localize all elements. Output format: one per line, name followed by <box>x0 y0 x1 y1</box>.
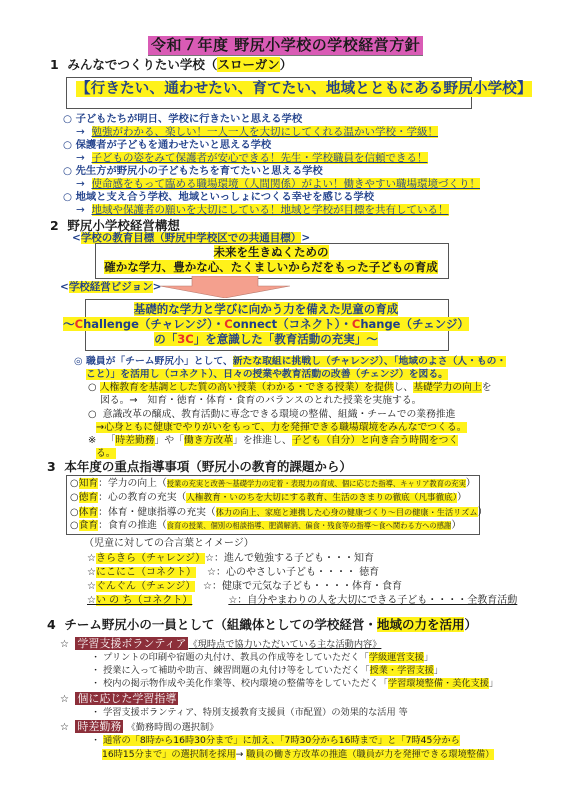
heading-text: チーム野尻小の一員として（組織体としての学校経営・ <box>64 617 377 632</box>
section3-heading: 3 本年度の重点指導事項（野尻小の教育的課題から） <box>47 459 352 475</box>
para-highlight: 人権教育を基調とした質の高い授業（わかる・できる授業）を提供 <box>100 382 394 393</box>
keyword-row-3: ☆ぐんぐん（チェンジ） <box>87 580 195 594</box>
focus-detail: 授業の充実と改善～基礎学力の定着・表現力の育成、個に応じた指導、キャリア教育の充… <box>167 479 466 488</box>
circle-bullet-icon: ○ <box>63 191 72 203</box>
dot-bullet-icon: ・ <box>91 665 100 676</box>
vision-line-3: の「3C」を意識した「教育活動の充実」～ <box>0 332 532 347</box>
keyword-row-2: ☆にこにこ（コネクト） <box>87 566 196 580</box>
circle-bullet-icon: ○ <box>63 165 72 177</box>
change-word: hange（チェンジ） <box>360 317 469 331</box>
circle-bullet-icon: ○ <box>63 113 72 125</box>
focus-area: 体育 <box>79 507 99 518</box>
group-note: 《勤務時間の選択制》 <box>127 722 219 733</box>
paren: ） <box>466 478 476 489</box>
heading-text-end: ） <box>464 617 477 632</box>
item-label: 先生方が野尻小の子どもたちを育てたいと思える学校 <box>76 165 323 177</box>
para-text: 職員が「チーム野尻小」として、 <box>86 356 233 367</box>
focus-title: ：体育・健康指導の充実 <box>98 507 206 518</box>
section4-heading: 4 チーム野尻小の一員として（組織体としての学校経営・地域の力を活用） <box>47 617 477 633</box>
heading-text: 本年度の重点指導事項（野尻小の教育的課題から） <box>64 459 352 474</box>
tag-label: 個に応じた学習指導 <box>75 692 178 705</box>
slogan: 【行きたい、通わせたい、育てたい、地域とともにある野尻小学校】 <box>76 80 532 98</box>
staggered-text: 通常の「8時から16時30分まで」に加え、「7時30分から16時まで」と「7時4… <box>103 735 460 746</box>
item-detail: 勉強がわかる、楽しい！一人一人を大切にしてくれる温かい学校・学級！ <box>92 126 439 138</box>
bullet-highlight: 学習環境整備・美化支援 <box>388 678 489 689</box>
keyword-desc-1: ☆：進んで勉強する子ども・・・知育 <box>205 552 374 566</box>
star-icon: ☆ <box>60 694 69 705</box>
volunteer-bullet-1: ・ プリントの印刷や宿題の丸付け、教具の作成等をしていただく「学級運営支援」 <box>91 651 433 664</box>
goal-line-1: 未来を生きぬくための <box>0 245 542 259</box>
keyword-desc-2: ☆：心のやさしい子ども・・・・ 徳育 <box>207 566 379 580</box>
para-2-line-1: ○ 人権教育を基調とした質の高い授業（わかる・できる授業）を提供し、基礎学力の向… <box>88 381 492 395</box>
paren: （ <box>157 520 167 531</box>
page-title: 令和７年度 野尻小学校の学校経営方針 <box>148 36 423 56</box>
star-icon: ☆ <box>87 581 96 592</box>
star-icon: ☆ <box>87 553 96 564</box>
vision-label: <学校経営ビジョン> <box>60 281 161 294</box>
goal-text: 確かな学力、豊かな心、たくましいからだをもった子どもの育成 <box>104 260 438 274</box>
item-detail: 地域や保護者の願いを大切にしている！地域と学校が目標を共有している！ <box>92 204 449 216</box>
para-text: 図る。→ 知育・徳育・体育・食育のバランスのとれた授業を実施する。 <box>100 395 421 406</box>
circle-bullet-icon: ○ <box>70 507 79 518</box>
bullet-end: 」 <box>434 665 443 676</box>
para-3-line-2: →心身ともに健康でやりがいをもって、力を発揮できる職場環境をみんなでつくる。 <box>96 421 467 435</box>
paren: ） <box>451 520 461 531</box>
focus-row-intellect: ○知育：学力の向上（授業の充実と改善～基礎学力の定着・表現力の育成、個に応じた指… <box>70 477 476 491</box>
s1-item-1-label: ○ 子どもたちが明日、学校に行きたいと思える学校 <box>63 113 302 126</box>
para-2-line-2: 図る。→ 知育・徳育・体育・食育のバランスのとれた授業を実施する。 <box>100 394 421 408</box>
s1-item-1-detail: → 勉強がわかる、楽しい！一人一人を大切にしてくれる温かい学校・学級！ <box>76 126 438 139</box>
item-detail: 使命感をもって臨める職場環境（人間関係）がよい！働きやすい職場環境づくり！ <box>92 178 481 190</box>
para-text: 」や「 <box>155 435 184 446</box>
vision-text: 」を意識した「教育活動の充実」～ <box>194 332 378 346</box>
goal-text: 未来を生きぬくための <box>214 245 329 259</box>
goal-line-2: 確かな学力、豊かな心、たくましいからだをもった子どもの育成 <box>0 260 542 274</box>
heading-text: みんなでつくりたい学校（ <box>67 57 217 72</box>
item-label: 地域と支え合う学校、地域といっしょにつくる幸せを感じる学校 <box>76 191 374 203</box>
para-highlight: 働き方改革 <box>184 435 233 446</box>
item-label: 子どもたちが明日、学校に行きたいと思える学校 <box>76 113 303 125</box>
star-icon: ☆ <box>87 595 96 606</box>
group-volunteer-heading: ☆ 学習支援ボランティア《現時点で協力いただいている主な活動内容》 <box>60 637 381 652</box>
keyword: にこにこ（コネクト） <box>96 567 196 578</box>
group-note: 《現時点で協力いただいている主な活動内容》 <box>188 639 381 650</box>
vision-label-text: 学校経営ビジョン <box>69 281 153 293</box>
staggered-line-1: ・ 通常の「8時から16時30分まで」に加え、「7時30分から16時まで」と「7… <box>91 734 460 747</box>
para-highlight: こと）」を活用し（コネクト）、日々の <box>86 369 253 380</box>
paren: （ <box>206 507 216 518</box>
bullet-text: プリントの印刷や宿題の丸付け、教具の作成等をしていただく「 <box>103 652 369 663</box>
tag-label: 学習支援ボランティア <box>75 637 188 650</box>
focus-area: 食育 <box>79 520 99 531</box>
s1-item-3-label: ○ 先生方が野尻小の子どもたちを育てたいと思える学校 <box>63 165 323 178</box>
keyword-row-4: ☆い の ち（コネクト）☆：自分やまわりの人を大切にできる子ども・・・・全教育活… <box>87 594 517 608</box>
vision-line-1: 基礎的な学力と学びに向かう力を備えた児童の育成 <box>0 302 532 317</box>
bullet-highlight: 学級運営支援 <box>369 652 424 663</box>
heading-highlight: スローガン <box>217 57 279 72</box>
focus-title: ：心の教育の充実 <box>98 492 176 503</box>
keyword-desc: ☆：自分やまわりの人を大切にできる子ども・・・・全教育活動 <box>228 595 517 606</box>
section-number: 1 <box>50 57 59 72</box>
star-icon: ☆ <box>60 639 69 650</box>
section-number: 4 <box>47 617 56 632</box>
section1-heading: 1 みんなでつくりたい学校（スローガン） <box>50 57 292 73</box>
paren: （ <box>177 492 187 503</box>
star-icon: ☆ <box>87 567 96 578</box>
bullet-highlight: 授業・学習支援 <box>370 665 434 676</box>
down-arrow-icon <box>160 276 290 298</box>
volunteer-bullet-2: ・ 授業に入って補助や助言、練習問題の丸付け等をしていただく「授業・学習支援」 <box>91 664 443 677</box>
para-1-line-1: ◎ 職員が「チーム野尻小」として、新たな取組に挑戦し（チャレンジ）、「地域のよさ… <box>74 355 506 369</box>
dot-bullet-icon: ・ <box>91 652 100 663</box>
focus-row-physical: ○体育：体育・健康指導の充実（体力の向上、家庭と連携した心身の健康づくり～目の健… <box>70 505 487 520</box>
s1-item-2-detail: → 子どもの姿をみて保護者が安心できる！先生・学校職員を信頼できる！ <box>76 152 428 165</box>
bullet-end: 」 <box>424 652 433 663</box>
para-highlight: →心身ともに健康でやりがいをもって、力を発揮できる職場環境をみんなでつくる。 <box>96 422 467 433</box>
individual-bullet-1: ・ 学習支援ボランティア、特別支援教育支援員（市配置）の効果的な活用 等 <box>91 706 408 719</box>
para-text: 」を推進し、 <box>233 435 292 446</box>
arrow-right-icon: → <box>236 749 247 760</box>
paren: ） <box>478 507 488 518</box>
s1-item-2-label: ○ 保護者が子どもを通わせたいと思える学校 <box>63 139 271 152</box>
star-icon: ☆ <box>60 722 69 733</box>
s1-item-3-detail: → 使命感をもって臨める職場環境（人間関係）がよい！働きやすい職場環境づくり！ <box>76 178 480 191</box>
para-text: を <box>482 382 492 393</box>
item-detail: 子どもの姿をみて保護者が安心できる！先生・学校職員を信頼できる！ <box>92 152 428 164</box>
arrow-right-icon: → <box>76 152 85 164</box>
bullet-text: 授業に入って補助や助言、練習問題の丸付け等をしていただく「 <box>103 665 369 676</box>
focus-detail: 人権教育・いのちを大切にする教育、生活のきまりの徹底（凡事徹底） <box>186 493 457 503</box>
tilde: ～ <box>63 317 75 331</box>
bullet-text: 学習支援ボランティア、特別支援教育支援員（市配置）の効果的な活用 等 <box>103 707 408 718</box>
reference-mark-icon: ※ <box>88 435 96 446</box>
group-staggered-heading: ☆ 時差勤務 《勤務時間の選択制》 <box>60 720 218 735</box>
focus-detail: 食育の授業、個別の相談指導、肥満解消、偏食・残食等の指導～食へ関わる方への感謝 <box>167 521 452 530</box>
heading-highlight: 地域の力を活用 <box>377 617 465 632</box>
staggered-line-2: 16時15分まで」の選択制を採用→ 職員の働き方改革の推進（職員が力を発揮できる… <box>102 748 494 761</box>
keyword: い の ち（コネクト） <box>96 595 192 606</box>
heading-text: 野尻小学校経営構想 <box>67 218 180 233</box>
focus-detail: 体力の向上、家庭と連携した心身の健康づくり～目の健康・生活リズム <box>216 507 478 517</box>
focus-area: 徳育 <box>79 492 99 503</box>
paren: ） <box>457 492 467 503</box>
focus-title: ：食育の推進 <box>98 520 157 531</box>
circle-bullet-icon: ○ <box>70 520 79 531</box>
circle-bullet-icon: ○ <box>88 409 97 420</box>
arrow-right-icon: → <box>76 126 85 138</box>
para-text: 「 <box>106 435 116 446</box>
vision-line-2: ～Challenge（チャレンジ）・Connect（コネクト）・Change（チ… <box>0 317 532 332</box>
heading-text-end: ） <box>280 57 293 72</box>
para-4-line-1: ※ 「時差勤務」や「働き方改革」を推進し、子ども（自分）と向き合う時間をつく <box>88 434 458 448</box>
vision-text: の「 <box>154 332 177 346</box>
slogan-text: 【行きたい、通わせたい、育てたい、地域とともにある野尻小学校】 <box>76 81 532 97</box>
c-letter: C <box>75 317 83 331</box>
bullet-end: 」 <box>489 678 498 689</box>
section-number: 3 <box>47 459 56 474</box>
focus-row-moral: ○徳育：心の教育の充実（人権教育・いのちを大切にする教育、生活のきまりの徹底（凡… <box>70 491 467 505</box>
para-highlight: 時差勤務 <box>115 435 154 446</box>
circle-bullet-icon: ○ <box>70 492 79 503</box>
focus-row-food: ○食育：食育の推進（食育の授業、個別の相談指導、肥満解消、偏食・残食等の指導～食… <box>70 519 461 533</box>
para-highlight: る。 <box>96 448 116 459</box>
circle-bullet-icon: ○ <box>88 382 97 393</box>
para-highlight: 子ども（自分）と向き合う時間をつく <box>292 435 459 446</box>
focus-title: ：学力の向上 <box>98 478 157 489</box>
connect-word: onnect（コネクト）・ <box>233 317 352 331</box>
keyword: きらきら（チャレンジ） <box>96 553 205 564</box>
vision-text: 基礎的な学力と学びに向かう力を備えた児童の育成 <box>134 302 399 316</box>
para-1-line-2: こと）」を活用し（コネクト）、日々の授業や教育活動の改善（チェンジ）を図る。 <box>86 368 448 382</box>
para-3-line-1: ○ 意識改革の醸成、教育活動に専念できる環境の整備、組織・チームでの業務推進 <box>88 408 455 422</box>
tag-label: 時差勤務 <box>75 720 123 733</box>
focus-area: 知育 <box>79 478 99 489</box>
staggered-text: 職員の働き方改革の推進（職員が力を発揮できる環境整備） <box>246 749 494 760</box>
circle-bullet-icon: ○ <box>63 139 72 151</box>
s1-item-4-detail: → 地域や保護者の願いを大切にしている！地域と学校が目標を共有している！ <box>76 204 449 217</box>
keywords-heading: （児童に対しての合言葉とイメージ） <box>84 537 254 551</box>
arrow-right-icon: → <box>76 178 85 190</box>
paren: （ <box>157 478 167 489</box>
double-circle-icon: ◎ <box>74 356 83 367</box>
arrow-right-icon: → <box>76 204 85 216</box>
para-text: し、 <box>394 382 414 393</box>
keyword-desc-3: ☆：健康で元気な子ども・・・・体育・食育 <box>203 580 402 594</box>
circle-bullet-icon: ○ <box>70 478 79 489</box>
3c-label: 3C <box>177 332 193 346</box>
para-highlight: 新たな取組に挑戦し（チャレンジ）、「地域のよさ（人・もの・ <box>233 356 507 367</box>
dot-bullet-icon: ・ <box>91 678 100 689</box>
keyword-row-1: ☆きらきら（チャレンジ） <box>87 552 205 566</box>
volunteer-bullet-3: ・ 校内の掲示物作成や美化作業等、校内環境の整備等をしていただく「学習環境整備・… <box>91 677 498 690</box>
para-text: 意識改革の醸成、教育活動に専念できる環境の整備、組織・チームでの業務推進 <box>103 409 456 420</box>
c-letter: C <box>224 317 232 331</box>
staggered-text: 16時15分まで」の選択制を採用 <box>102 749 236 760</box>
challenge-word: hallenge（チャレンジ）・ <box>83 317 224 331</box>
s1-item-4-label: ○ 地域と支え合う学校、地域といっしょにつくる幸せを感じる学校 <box>63 191 374 204</box>
item-label: 保護者が子どもを通わせたいと思える学校 <box>76 139 272 151</box>
bullet-text: 校内の掲示物作成や美化作業等、校内環境の整備等をしていただく「 <box>103 678 388 689</box>
section-number: 2 <box>50 218 59 233</box>
keyword: ぐんぐん（チェンジ） <box>96 581 195 592</box>
para-highlight: 基礎学力の向上 <box>413 382 482 393</box>
para-highlight: 授業や教育活動の改善（チェンジ）を図る。 <box>253 369 448 380</box>
dot-bullet-icon: ・ <box>91 707 100 718</box>
group-individual-heading: ☆ 個に応じた学習指導 <box>60 692 178 707</box>
